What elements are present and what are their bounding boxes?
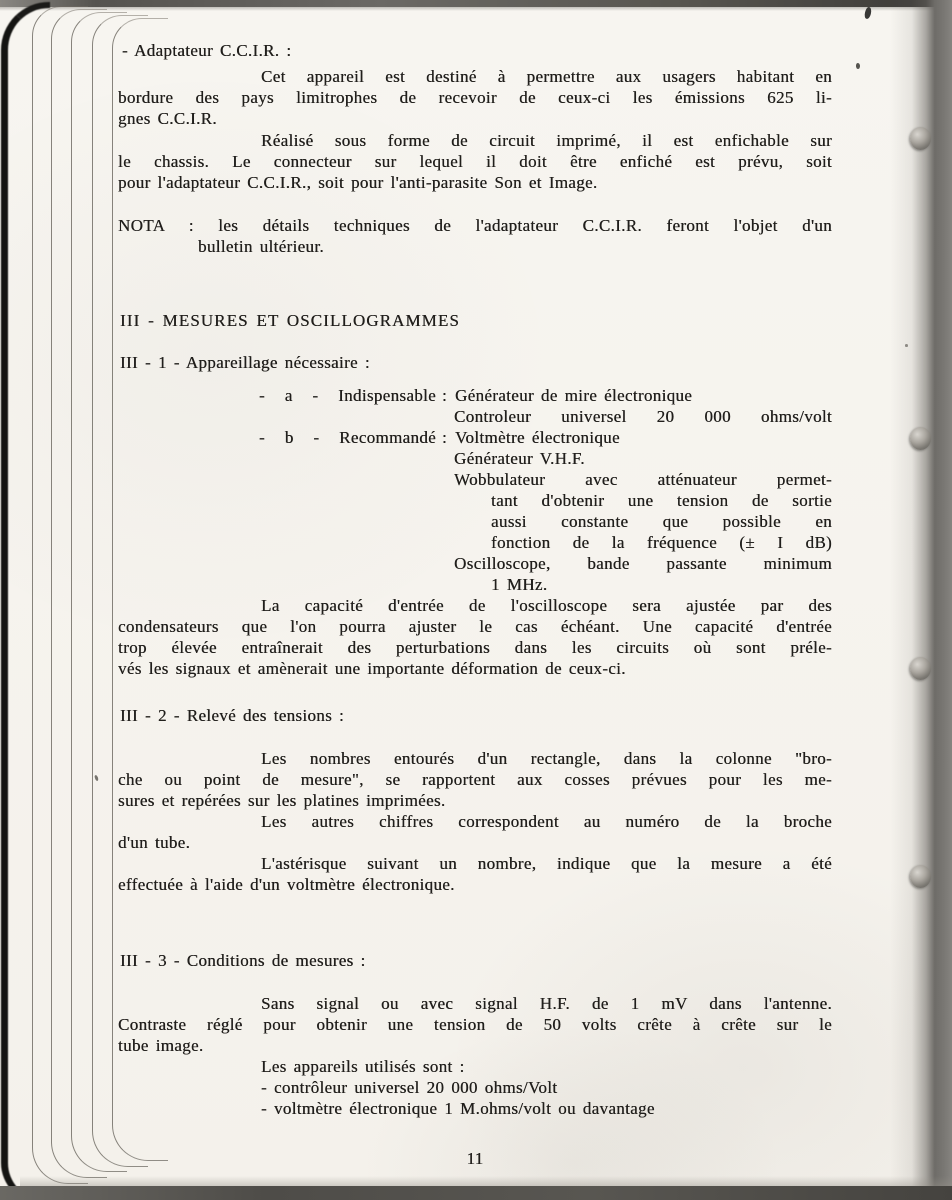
equipment-colon: :	[442, 385, 455, 406]
equipment-item: Wobbulateur avec atténuateur permet-	[454, 469, 832, 490]
equipment-colon: :	[442, 427, 455, 448]
paragraph-realise: Réalisé sous forme de circuit imprimé, i…	[118, 130, 832, 193]
text-line: L'astérisque suivant un nombre, indique …	[118, 853, 832, 874]
equipment-item: Voltmètre électronique	[455, 427, 832, 448]
text-line: Les nombres entourés d'un rectangle, dan…	[118, 748, 832, 769]
paragraph-appareils: Les appareils utilisés sont : - contrôle…	[118, 1056, 832, 1119]
subsection-heading-releve: III - 2 - Relevé des tensions :	[120, 705, 832, 726]
text-line: Réalisé sous forme de circuit imprimé, i…	[118, 130, 832, 151]
text-line: La capacité d'entrée de l'oscilloscope s…	[118, 595, 832, 616]
scanned-document-page: - Adaptateur C.C.I.R. : Cet appareil est…	[0, 0, 952, 1200]
section-heading-mesures: III - MESURES ET OSCILLOGRAMMES	[120, 310, 832, 331]
equipment-item: Générateur de mire électronique	[455, 385, 832, 406]
equipment-label: - a - Indispensable	[259, 385, 442, 406]
equipment-list: - a - Indispensable : Générateur de mire…	[118, 385, 832, 595]
text-line: Cet appareil est destiné à permettre aux…	[118, 66, 832, 87]
paragraph-signal: Sans signal ou avec signal H.F. de 1 mV …	[118, 993, 832, 1056]
equipment-item: Oscilloscope, bande passante minimum	[454, 553, 832, 574]
equipment-row-b: - b - Recommandé : Voltmètre électroniqu…	[259, 427, 832, 448]
text-line: d'un tube.	[118, 832, 832, 853]
binder-ring	[910, 657, 931, 680]
text-line: tube image.	[118, 1035, 832, 1056]
text-line: - contrôleur universel 20 000 ohms/Volt	[118, 1077, 832, 1098]
binder-ring	[910, 127, 931, 150]
intro-heading: - Adaptateur C.C.I.R. :	[122, 40, 832, 61]
text-line: trop élevée entraînerait des perturbatio…	[118, 637, 832, 658]
equipment-item: Générateur V.H.F.	[454, 448, 832, 469]
text-line: gnes C.C.I.R.	[118, 108, 832, 129]
text-line: condensateurs que l'on pourra ajuster le…	[118, 616, 832, 637]
equipment-row-a: - a - Indispensable : Générateur de mire…	[259, 385, 832, 406]
binder-ring	[910, 865, 931, 888]
text-line: Les autres chiffres correspondent au num…	[118, 811, 832, 832]
text-line: sures et repérées sur les platines impri…	[118, 790, 832, 811]
subsection-heading-conditions: III - 3 - Conditions de mesures :	[120, 950, 832, 971]
paragraph-capacite: La capacité d'entrée de l'oscilloscope s…	[118, 595, 832, 679]
equipment-label: - b - Recommandé	[259, 427, 442, 448]
text-line: 1 MHz.	[491, 574, 832, 595]
text-line: effectuée à l'aide d'un voltmètre électr…	[118, 874, 832, 895]
binder-ring	[910, 427, 931, 450]
ink-speck	[905, 344, 908, 347]
page-number: 11	[118, 1148, 832, 1169]
ink-speck	[856, 63, 860, 69]
text-line: bulletin ultérieur.	[198, 236, 832, 257]
text-line: Sans signal ou avec signal H.F. de 1 mV …	[118, 993, 832, 1014]
text-line: le chassis. Le connecteur sur lequel il …	[118, 151, 832, 172]
text-line: - voltmètre électronique 1 M.ohms/volt o…	[118, 1098, 832, 1119]
paragraph-asterisque: L'astérisque suivant un nombre, indique …	[118, 853, 832, 895]
text-line: che ou point de mesure", se rapportent a…	[118, 769, 832, 790]
text-line: pour l'adaptateur C.C.I.R., soit pour l'…	[118, 172, 832, 193]
nota-block: NOTA : les détails techniques de l'adapt…	[118, 215, 832, 257]
scan-edge-top	[0, 0, 952, 7]
text-line: tant d'obtenir une tension de sortie	[491, 490, 832, 511]
subsection-heading-appareillage: III - 1 - Appareillage nécessaire :	[120, 352, 832, 373]
text-line: vés les signaux et amènerait une importa…	[118, 658, 832, 679]
paragraph-chiffres: Les autres chiffres correspondent au num…	[118, 811, 832, 853]
text-line: Contraste réglé pour obtenir une tension…	[118, 1014, 832, 1035]
scan-edge-top-shadow	[0, 7, 952, 11]
equipment-item: Controleur universel 20 000 ohms/volt	[454, 406, 832, 427]
paragraph-nombres: Les nombres entourés d'un rectangle, dan…	[118, 748, 832, 811]
scan-edge-bottom	[0, 1186, 952, 1200]
text-line: NOTA : les détails techniques de l'adapt…	[118, 215, 832, 236]
text-line: Les appareils utilisés sont :	[118, 1056, 832, 1077]
document-text-block: - Adaptateur C.C.I.R. : Cet appareil est…	[118, 40, 832, 1169]
text-line: bordure des pays limitrophes de recevoir…	[118, 87, 832, 108]
text-line: fonction de la fréquence (± I dB)	[491, 532, 832, 553]
text-line: aussi constante que possible en	[491, 511, 832, 532]
spine-shadow-right	[890, 0, 952, 1200]
paragraph-adaptateur: Cet appareil est destiné à permettre aux…	[118, 66, 832, 129]
